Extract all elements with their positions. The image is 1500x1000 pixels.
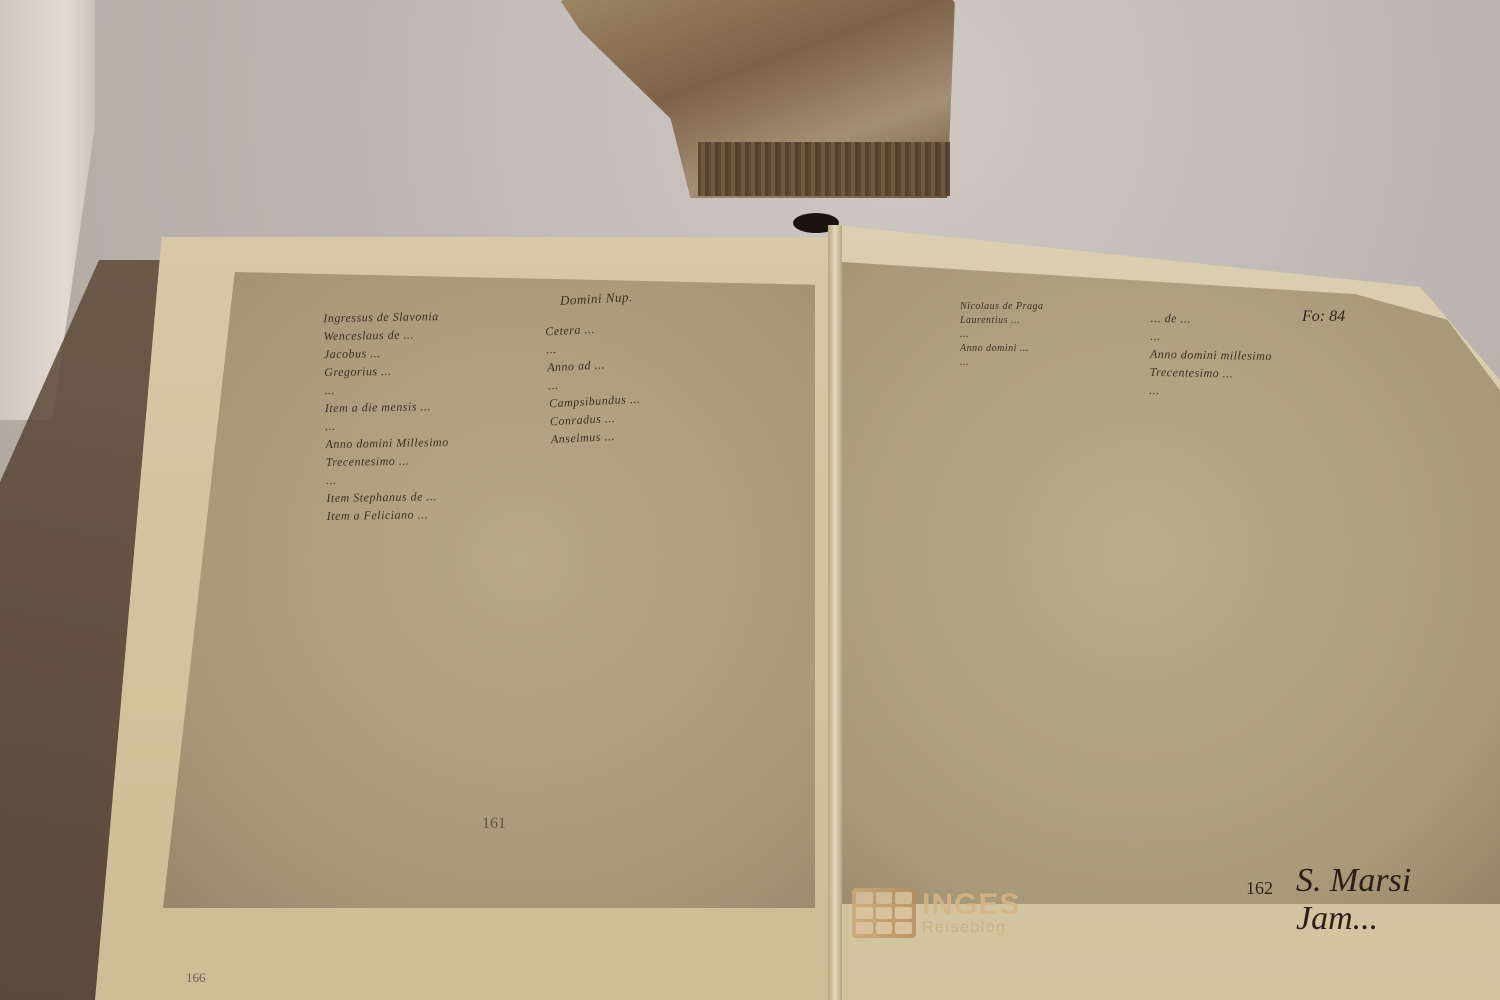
page-number-left: 166 [186, 970, 206, 986]
watermark-subtitle: Reiseblog [922, 920, 1020, 936]
signature: S. Marsi Jam... [1296, 862, 1500, 938]
suitcase-logo-icon [852, 888, 916, 938]
left-page-heading: Domini Nup. [560, 288, 634, 310]
pencil-page-mark: 161 [482, 815, 506, 833]
manuscript-column-a: Ingressus de Slavonia Wenceslaus de ... … [323, 307, 450, 525]
manuscript-column-c: Nicolaus de Praga Laurentius ... ... Ann… [960, 300, 1044, 370]
book-gutter [828, 225, 842, 1000]
manuscript-column-d: ... de ... ... Anno domini millesimo Tre… [1149, 309, 1272, 401]
manuscript-facsimile-left [163, 272, 815, 908]
relief-base [698, 142, 950, 196]
watermark: INGES Reiseblog [852, 888, 1020, 938]
manuscript-column-b: Cetera ... ... Anno ad ... ... Campsibun… [545, 318, 643, 449]
watermark-title: INGES [922, 890, 1020, 920]
manuscript-page-number: 162 [1246, 878, 1273, 899]
folio-label: Fo: 84 [1302, 308, 1345, 326]
